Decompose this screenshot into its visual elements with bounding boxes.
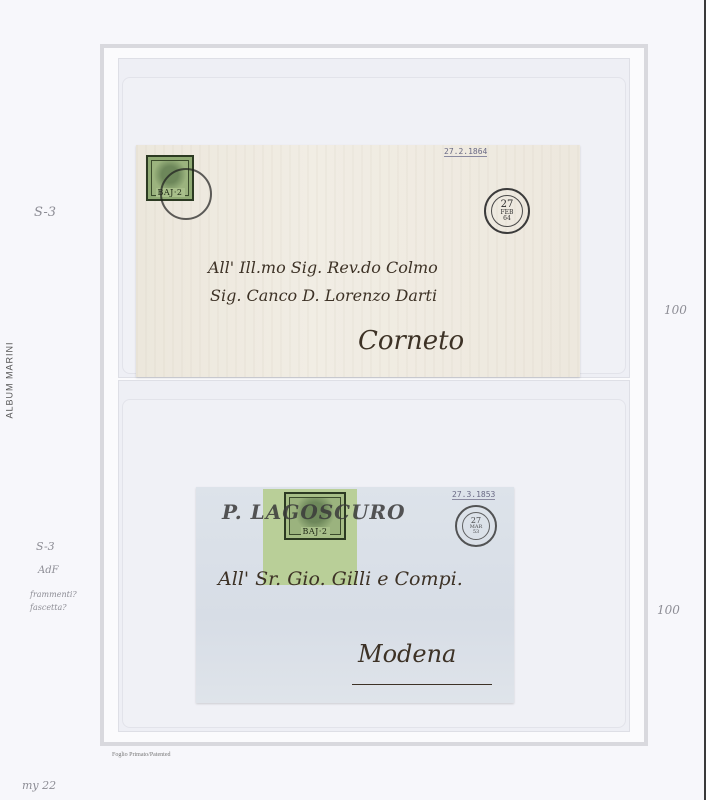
address-underline <box>352 684 492 685</box>
price-note-bottom: 100 <box>657 603 680 617</box>
sub-note-bottom: AdF <box>38 565 59 576</box>
footer-text: Foglio Primato/Patented <box>112 752 171 758</box>
postmark-bottom: 27 MAR 53 <box>455 505 497 547</box>
extra-note-2: fascetta? <box>30 603 67 612</box>
address-line-1: All' Ill.mo Sig. Rev.do Colmo <box>208 258 438 277</box>
page-note: my 22 <box>22 779 56 792</box>
catalog-note-bottom: S-3 <box>36 540 55 553</box>
address-city-bottom: Modena <box>358 640 456 668</box>
address-line-1-bottom: All' Sr. Gio. Gilli e Compi. <box>218 568 463 590</box>
catalog-note-top: S-3 <box>34 205 56 220</box>
address-line-2: Sig. Canco D. Lorenzo Darti <box>210 286 437 305</box>
stamp-cancel-top <box>160 168 212 220</box>
price-note-top: 100 <box>664 303 687 317</box>
date-note-top: 27.2.1864 <box>444 147 487 157</box>
postmark-top: 27 FEB 64 <box>484 188 530 234</box>
stamp-value: BAJ·2 <box>301 527 330 536</box>
date-note-bottom: 27.3.1853 <box>452 490 495 500</box>
album-label-text: ALBUM MARINI <box>4 341 14 418</box>
album-label: ALBUM MARINI <box>0 320 18 440</box>
cancel-lagoscuro: P. LAGOSCURO <box>222 500 406 524</box>
address-city: Corneto <box>358 326 464 356</box>
extra-note-1: frammenti? <box>30 590 77 599</box>
